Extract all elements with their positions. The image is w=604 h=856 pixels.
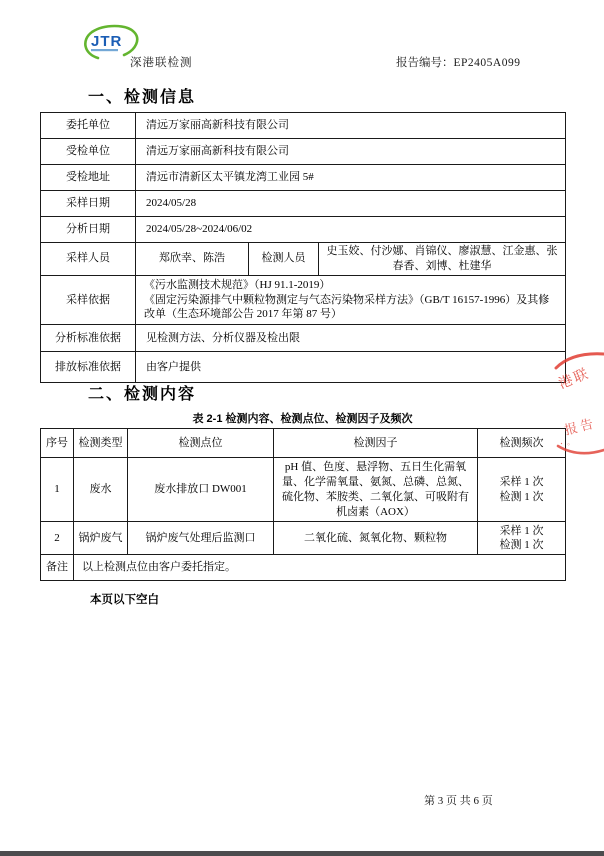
logo-tagline [91, 49, 118, 51]
sampler-names: 郑欣幸、陈浩 [136, 243, 249, 276]
brand-name: 深港联检测 [130, 54, 193, 70]
row-type: 废水 [74, 458, 128, 522]
row-point: 废水排放口 DW001 [128, 458, 274, 522]
tester-label: 检测人员 [249, 243, 319, 276]
table-row: 受检单位 清远万家丽高新科技有限公司 [41, 139, 566, 165]
row-label: 采样日期 [41, 191, 136, 217]
blank-below-note: 本页以下空白 [90, 591, 159, 607]
row-factors: 二氧化硫、氮氧化物、颗粒物 [274, 522, 478, 555]
personnel-row: 采样人员 郑欣幸、陈浩 检测人员 史玉姣、付沙娜、肖锦仪、廖淑慧、江金惠、张春香… [41, 243, 566, 276]
table-row: 受检地址 清远市清新区太平镇龙湾工业园 5# [41, 165, 566, 191]
table-caption: 表 2-1 检测内容、检测点位、检测因子及频次 [40, 410, 565, 426]
col-header: 检测因子 [274, 429, 478, 458]
content-table: 序号 检测类型 检测点位 检测因子 检测频次 1 废水 废水排放口 DW001 … [40, 428, 566, 581]
col-header: 检测频次 [478, 429, 566, 458]
window-bottom-edge [0, 851, 604, 856]
table-row: 采样日期 2024/05/28 [41, 191, 566, 217]
basis-line1: 《污水监测技术规范》（HJ 91.1-2019） [144, 278, 557, 293]
freq-line1: 采样 1 次 [482, 524, 561, 539]
tester-names: 史玉姣、付沙娜、肖锦仪、廖淑慧、江金惠、张春香、刘博、杜建华 [319, 243, 566, 276]
row-point: 锅炉废气处理后监测口 [128, 522, 274, 555]
page-number: 第 3 页 共 6 页 [424, 792, 493, 808]
row-frequency: 采样 1 次 检测 1 次 [478, 522, 566, 555]
sampling-basis-row: 采样依据 《污水监测技术规范》（HJ 91.1-2019） 《固定污染源排气中颗… [41, 275, 566, 325]
analysis-basis-row: 分析标准依据 见检测方法、分析仪器及检出限 [41, 325, 566, 352]
section2-title: 二、检测内容 [88, 381, 196, 404]
sampling-basis-value: 《污水监测技术规范》（HJ 91.1-2019） 《固定污染源排气中颗粒物测定与… [136, 275, 566, 325]
row-no: 1 [41, 458, 74, 522]
row-value: 2024/05/28 [136, 191, 566, 217]
section1-title: 一、检测信息 [88, 84, 196, 107]
seal-text-mid: 报告 [562, 412, 598, 438]
row-label: 分析日期 [41, 217, 136, 243]
report-number-label: 报告编号： [396, 57, 454, 69]
row-value: 清远万家丽高新科技有限公司 [136, 139, 566, 165]
table-row: 委托单位 清远万家丽高新科技有限公司 [41, 113, 566, 139]
row-value: 见检测方法、分析仪器及检出限 [136, 325, 566, 352]
report-number-value: EP2405A099 [454, 57, 521, 69]
row-value: 由客户提供 [136, 352, 566, 383]
note-row: 备注 以上检测点位由客户委托指定。 [41, 555, 566, 581]
col-header: 检测点位 [128, 429, 274, 458]
header-row: 序号 检测类型 检测点位 检测因子 检测频次 [41, 429, 566, 458]
freq-line2: 检测 1 次 [482, 490, 561, 505]
row-value: 2024/05/28~2024/06/02 [136, 217, 566, 243]
table-row: 分析日期 2024/05/28~2024/06/02 [41, 217, 566, 243]
report-page: JTR 深港联检测 报告编号：EP2405A099 一、检测信息 委托单位 清远… [0, 0, 604, 856]
freq-line1: 采样 1 次 [482, 475, 561, 490]
col-header: 序号 [41, 429, 74, 458]
table-row: 2 锅炉废气 锅炉废气处理后监测口 二氧化硫、氮氧化物、颗粒物 采样 1 次 检… [41, 522, 566, 555]
col-header: 检测类型 [74, 429, 128, 458]
row-value: 清远市清新区太平镇龙湾工业园 5# [136, 165, 566, 191]
info-table: 委托单位 清远万家丽高新科技有限公司 受检单位 清远万家丽高新科技有限公司 受检… [40, 112, 566, 383]
basis-line2: 《固定污染源排气中颗粒物测定与气态污染物采样方法》（GB/T 16157-199… [144, 293, 557, 323]
row-label: 受检单位 [41, 139, 136, 165]
freq-line2: 检测 1 次 [482, 538, 561, 553]
row-value: 清远万家丽高新科技有限公司 [136, 113, 566, 139]
logo-text: JTR [91, 33, 122, 50]
row-factors: pH 值、色度、悬浮物、五日生化需氧量、化学需氧量、氨氮、总磷、总氮、硫化物、苯… [274, 458, 478, 522]
report-number: 报告编号：EP2405A099 [396, 54, 520, 70]
row-frequency: 采样 1 次 检测 1 次 [478, 458, 566, 522]
row-label: 排放标准依据 [41, 352, 136, 383]
row-label: 委托单位 [41, 113, 136, 139]
note-value: 以上检测点位由客户委托指定。 [74, 555, 566, 581]
row-label: 分析标准依据 [41, 325, 136, 352]
note-label: 备注 [41, 555, 74, 581]
sampler-label: 采样人员 [41, 243, 136, 276]
discharge-basis-row: 排放标准依据 由客户提供 [41, 352, 566, 383]
table-row: 1 废水 废水排放口 DW001 pH 值、色度、悬浮物、五日生化需氧量、化学需… [41, 458, 566, 522]
row-type: 锅炉废气 [74, 522, 128, 555]
row-no: 2 [41, 522, 74, 555]
row-label: 受检地址 [41, 165, 136, 191]
row-label: 采样依据 [41, 275, 136, 325]
